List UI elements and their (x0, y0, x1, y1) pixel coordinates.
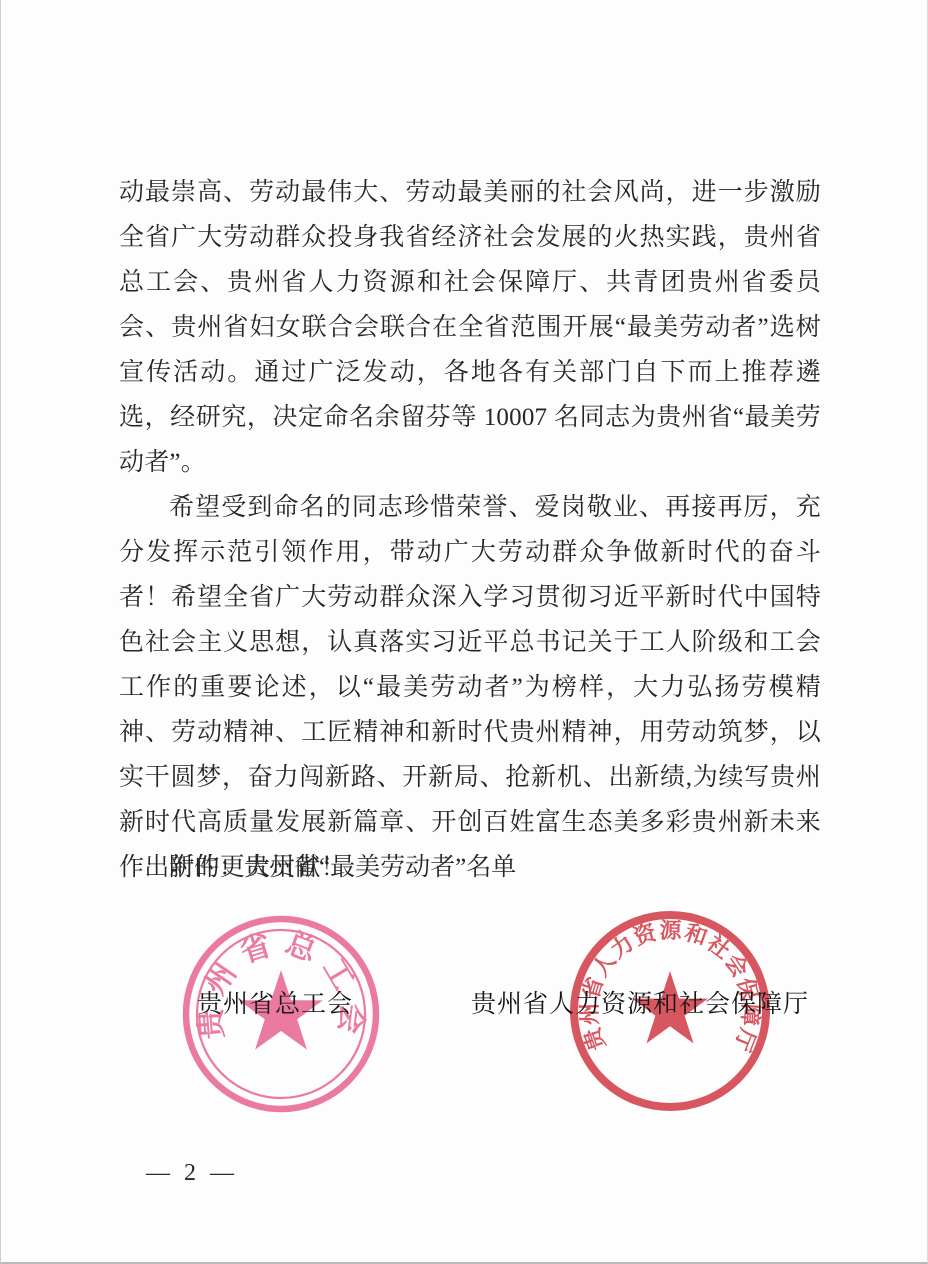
document-body: 动最崇高、劳动最伟大、劳动最美丽的社会风尚，进一步激励全省广大劳动群众投身我省经… (119, 170, 821, 890)
seal-arc-text: 贵州省人力资源和社会保障厅 (577, 918, 764, 1057)
page-number: — 2 — (146, 1160, 238, 1187)
body-paragraph: 希望受到命名的同志珍惜荣誉、爱岗敬业、再接再厉，充分发挥示范引领作用，带动广大劳… (119, 485, 821, 890)
signatory-name-hr-dept: 贵州省人力资源和社会保障厅 (471, 990, 809, 1020)
seal-arc-text-path: 贵州省人力资源和社会保障厅 (577, 918, 764, 1057)
signatory-name-union: 贵州省总工会 (197, 990, 353, 1020)
seal-arc-text: 贵州省总工会 (194, 926, 369, 1045)
attachment-line: 附件：贵州省“最美劳动者”名单 (119, 845, 821, 890)
body-paragraph: 动最崇高、劳动最伟大、劳动最美丽的社会风尚，进一步激励全省广大劳动群众投身我省经… (119, 170, 821, 485)
document-page: 动最崇高、劳动最伟大、劳动最美丽的社会风尚，进一步激励全省广大劳动群众投身我省经… (0, 0, 928, 1264)
seal-arc-text-path: 贵州省总工会 (194, 926, 369, 1045)
